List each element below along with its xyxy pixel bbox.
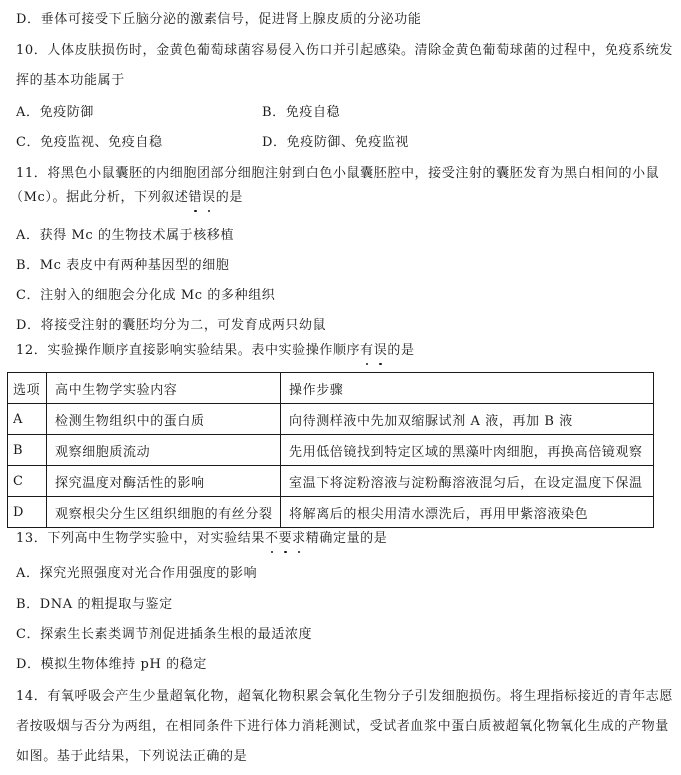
- q13-stem-post: 精确定量的是: [306, 531, 388, 546]
- table-row: A 检测生物组织中的蛋白质 向待测样液中先加双缩脲试剂 A 液，再加 B 液: [8, 404, 654, 435]
- emphasis-char: 不: [265, 530, 279, 548]
- q10-option-d: D．免疫防御、免疫监视: [262, 134, 409, 152]
- table-header: 操作步骤: [281, 373, 654, 404]
- q12-stem: 12．实验操作顺序直接影响实验结果。表中实验操作顺序有误的是: [16, 342, 415, 360]
- q11-stem-post: 的是: [216, 190, 243, 205]
- table-header: 选项: [8, 373, 47, 404]
- emphasis-char: 错: [189, 189, 203, 207]
- table-cell: 观察根尖分生区组织细胞的有丝分裂: [47, 497, 281, 528]
- q11-option-b: B．Mc 表皮中有两种基因型的细胞: [16, 257, 229, 275]
- table-cell: 观察细胞质流动: [47, 435, 281, 466]
- q13-option-c: C．探索生长素类调节剂促进插条生根的最适浓度: [16, 626, 312, 644]
- q12-stem-pre: 12．实验操作顺序直接影响实验结果。表中实验操作顺序: [16, 343, 360, 358]
- q14-stem-line3: 如图。基于此结果，下列说法正确的是: [16, 748, 247, 766]
- q11-option-d: D．将接受注射的囊胚均分为二，可发育成两只幼鼠: [16, 317, 326, 335]
- table-cell: 室温下将淀粉溶液与淀粉酶溶液混匀后，在设定温度下保温: [281, 466, 654, 497]
- table-cell: C: [8, 466, 47, 497]
- table-cell: 向待测样液中先加双缩脲试剂 A 液，再加 B 液: [281, 404, 654, 435]
- q13-stem: 13．下列高中生物学实验中，对实验结果不要求精确定量的是: [16, 530, 387, 548]
- table-row: D 观察根尖分生区组织细胞的有丝分裂 将解离后的根尖用清水漂洗后，再用甲紫溶液染…: [8, 497, 654, 528]
- q13-option-d: D．模拟生物体维持 pH 的稳定: [16, 656, 207, 674]
- emphasis-char: 要: [279, 530, 293, 548]
- table-cell: 探究温度对酶活性的影响: [47, 466, 281, 497]
- q11-stem-line2: （Mc）。据此分析，下列叙述错误的是: [10, 189, 243, 207]
- experiment-table: 选项 高中生物学实验内容 操作步骤 A 检测生物组织中的蛋白质 向待测样液中先加…: [7, 372, 654, 528]
- q11-stem-pre: （Mc）。据此分析，下列叙述: [10, 190, 189, 205]
- q14-stem-line1: 14．有氧呼吸会产生少量超氧化物，超氧化物积累会氧化生物分子引发细胞损伤。将生理…: [16, 688, 673, 706]
- q13-stem-pre: 13．下列高中生物学实验中，对实验结果: [16, 531, 265, 546]
- table-cell: 检测生物组织中的蛋白质: [47, 404, 281, 435]
- q12-stem-post: 的是: [387, 343, 414, 358]
- q14-stem-line2: 者按吸烟与否分为两组，在相同条件下进行体力消耗测试，受试者血浆中蛋白质被超氧化物…: [16, 718, 669, 736]
- q13-option-a: A．探究光照强度对光合作用强度的影响: [16, 565, 257, 583]
- emphasis-char: 求: [292, 530, 306, 548]
- table-cell: D: [8, 497, 47, 528]
- table-cell: 将解离后的根尖用清水漂洗后，再用甲紫溶液染色: [281, 497, 654, 528]
- q11-stem-line1: 11．将黑色小鼠囊胚的内细胞团部分细胞注射到白色小鼠囊胚腔中，接受注射的囊胚发育…: [16, 165, 659, 183]
- q9-option-d: D．垂体可接受下丘脑分泌的激素信号，促进肾上腺皮质的分泌功能: [16, 11, 421, 29]
- table-row: C 探究温度对酶活性的影响 室温下将淀粉溶液与淀粉酶溶液混匀后，在设定温度下保温: [8, 466, 654, 497]
- table-header: 高中生物学实验内容: [47, 373, 281, 404]
- table-cell: A: [8, 404, 47, 435]
- table-cell: 先用低倍镜找到特定区域的黑藻叶肉细胞，再换高倍镜观察: [281, 435, 654, 466]
- q11-option-a: A．获得 Mc 的生物技术属于核移植: [16, 227, 234, 245]
- q10-option-b: B．免疫自稳: [262, 104, 340, 122]
- q10-stem-line2: 挥的基本功能属于: [16, 72, 125, 90]
- emphasis-char: 有: [360, 342, 374, 360]
- q13-option-b: B．DNA 的粗提取与鉴定: [16, 596, 173, 614]
- emphasis-char: 误: [374, 342, 388, 360]
- q10-option-c: C．免疫监视、免疫自稳: [16, 134, 163, 152]
- emphasis-char: 误: [202, 189, 216, 207]
- q10-option-a: A．免疫防御: [16, 104, 94, 122]
- table-header-row: 选项 高中生物学实验内容 操作步骤: [8, 373, 654, 404]
- q10-stem-line1: 10．人体皮肤损伤时，金黄色葡萄球菌容易侵入伤口并引起感染。清除金黄色葡萄球菌的…: [16, 42, 673, 60]
- table-cell: B: [8, 435, 47, 466]
- q11-option-c: C．注射入的细胞会分化成 Mc 的多种组织: [16, 287, 275, 305]
- table-row: B 观察细胞质流动 先用低倍镜找到特定区域的黑藻叶肉细胞，再换高倍镜观察: [8, 435, 654, 466]
